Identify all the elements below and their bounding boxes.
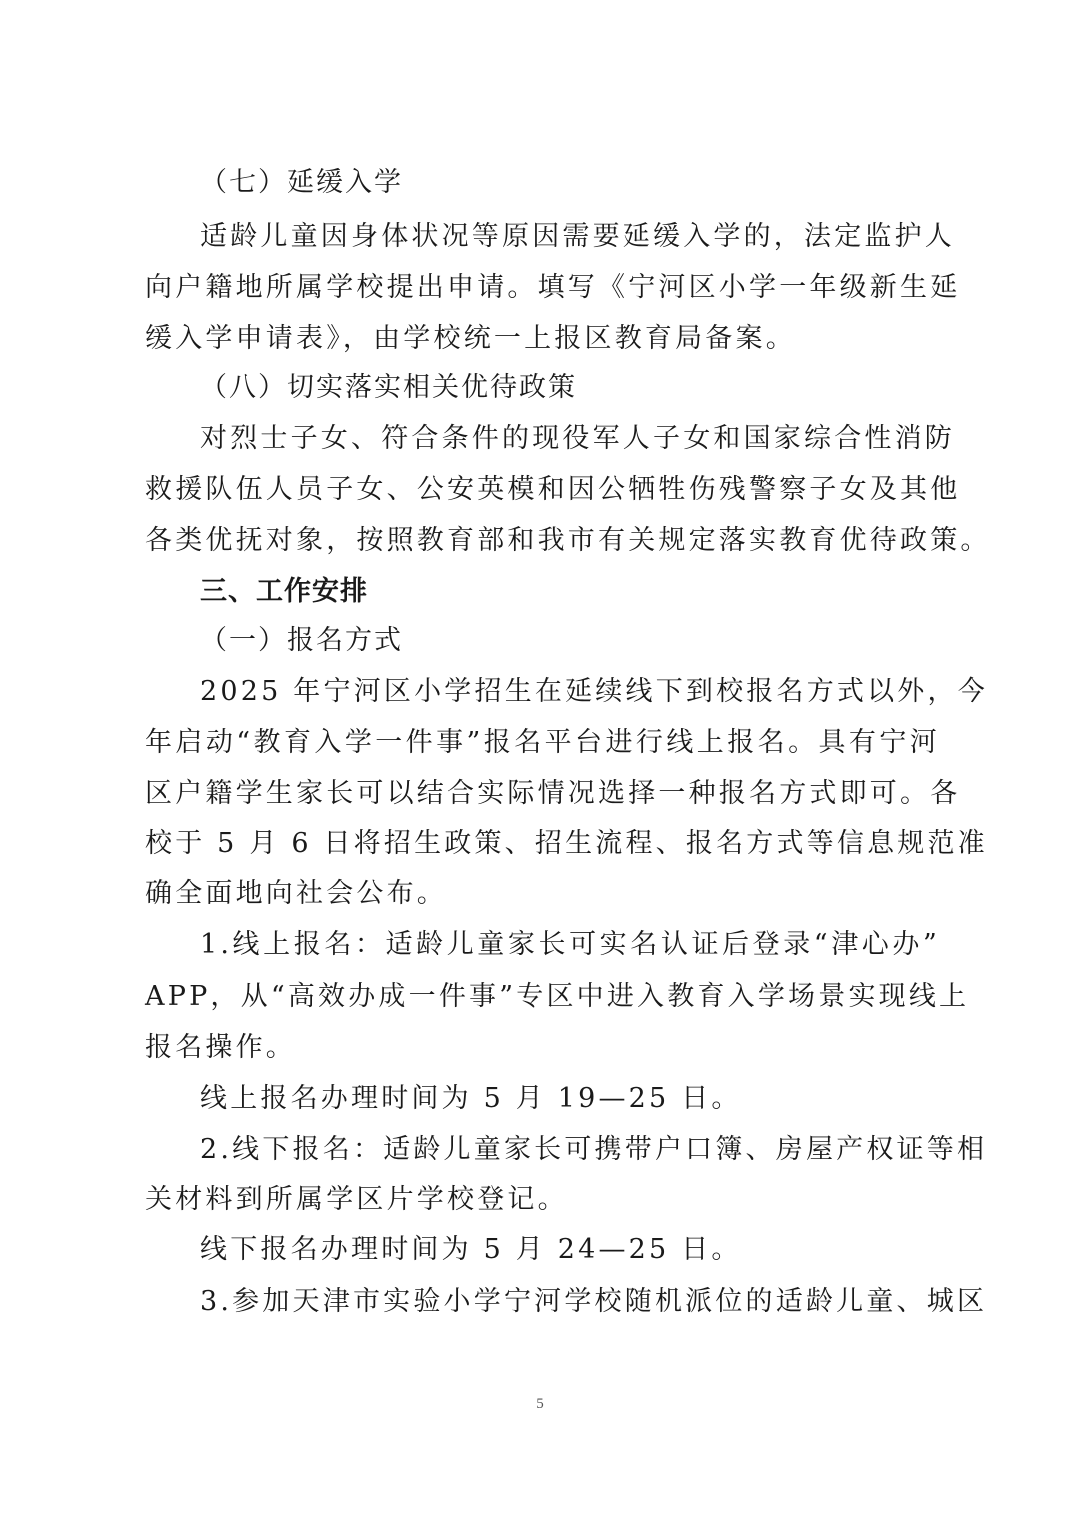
paragraph-line: 校于 5 月 6 日将招生政策、招生流程、报名方式等信息规范准 <box>145 827 940 861</box>
online-registration-time: 线上报名办理时间为 5 月 19—25 日。 <box>200 1082 940 1116</box>
offline-registration-item: 2.线下报名：适龄儿童家长可携带户口簿、房屋产权证等相 <box>200 1133 940 1167</box>
paragraph-line: 确全面地向社会公布。 <box>145 877 940 911</box>
main-heading-work-arrangement: 三、工作安排 <box>200 575 940 609</box>
section-heading-deferred-enrollment: （七）延缓入学 <box>200 166 940 200</box>
subsection-heading-registration-method: （一）报名方式 <box>200 624 940 658</box>
lottery-item: 3.参加天津市实验小学宁河学校随机派位的适龄儿童、城区 <box>200 1285 940 1319</box>
paragraph-line: 2025 年宁河区小学招生在延续线下到校报名方式以外，今 <box>200 675 940 709</box>
page-number: 5 <box>0 1396 1080 1413</box>
paragraph-line: 适龄儿童因身体状况等原因需要延缓入学的，法定监护人 <box>200 220 940 254</box>
paragraph-line: 报名操作。 <box>145 1031 940 1065</box>
document-page: （七）延缓入学 适龄儿童因身体状况等原因需要延缓入学的，法定监护人 向户籍地所属… <box>0 0 1080 1527</box>
paragraph-line: APP，从“高效办成一件事”专区中进入教育入学场景实现线上 <box>145 980 940 1014</box>
paragraph-line: 各类优抚对象，按照教育部和我市有关规定落实教育优待政策。 <box>145 524 940 558</box>
paragraph-line: 年启动“教育入学一件事”报名平台进行线上报名。具有宁河 <box>145 726 940 760</box>
paragraph-line: 关材料到所属学区片学校登记。 <box>145 1183 940 1217</box>
paragraph-line: 救援队伍人员子女、公安英模和因公牺牲伤残警察子女及其他 <box>145 473 940 507</box>
paragraph-line: 缓入学申请表》，由学校统一上报区教育局备案。 <box>145 322 940 356</box>
offline-registration-time: 线下报名办理时间为 5 月 24—25 日。 <box>200 1233 940 1267</box>
section-heading-preferential-policy: （八）切实落实相关优待政策 <box>200 371 940 405</box>
online-registration-item: 1.线上报名：适龄儿童家长可实名认证后登录“津心办” <box>200 928 940 962</box>
paragraph-line: 向户籍地所属学校提出申请。填写《宁河区小学一年级新生延 <box>145 271 940 305</box>
paragraph-line: 区户籍学生家长可以结合实际情况选择一种报名方式即可。各 <box>145 777 940 811</box>
paragraph-line: 对烈士子女、符合条件的现役军人子女和国家综合性消防 <box>200 422 940 456</box>
